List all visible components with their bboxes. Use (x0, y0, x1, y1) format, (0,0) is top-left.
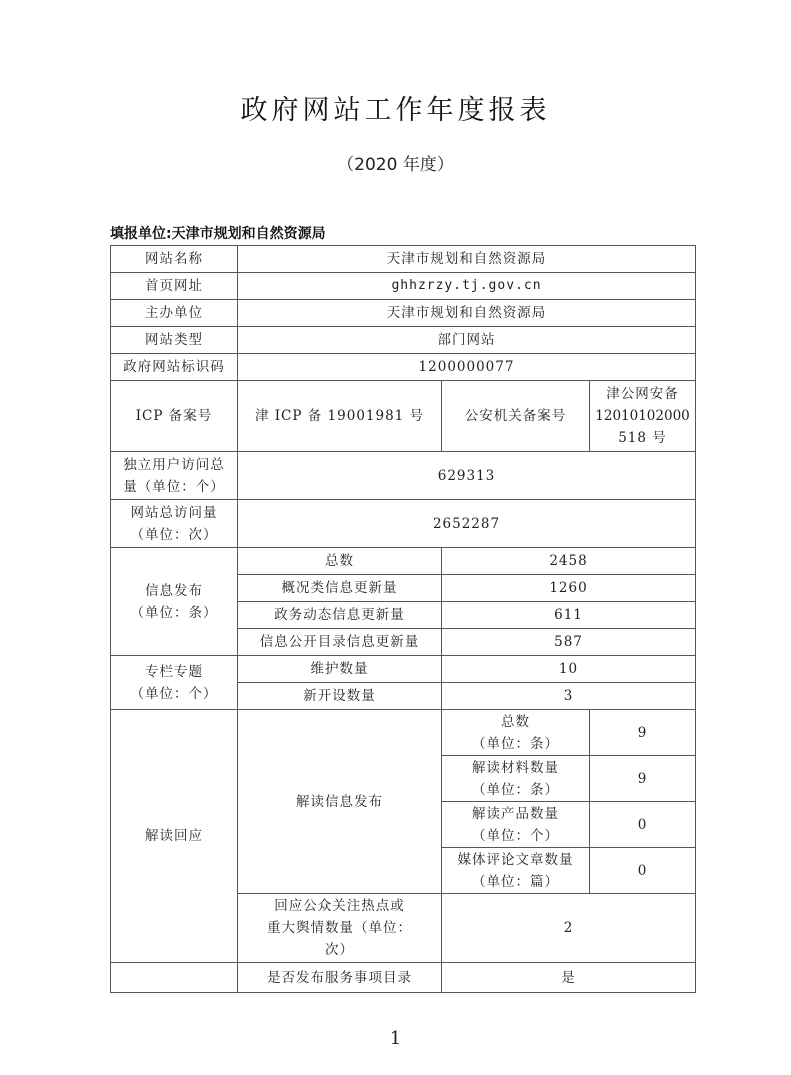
row-info-total: 信息发布 （单位：条） 总数 2458 (111, 548, 696, 575)
row-icp: ICP 备案号 津 ICP 备 19001981 号 公安机关备案号 津公网安备… (111, 381, 696, 452)
site-name-value: 天津市规划和自然资源局 (238, 246, 696, 273)
icp-value: 津 ICP 备 19001981 号 (238, 381, 442, 452)
label-line-2: （单位：个） (113, 683, 235, 705)
label-line-2: （单位：个） (444, 825, 587, 847)
interp-row-value: 0 (590, 802, 696, 848)
columns-row-label: 维护数量 (238, 656, 442, 683)
info-row-label: 总数 (238, 548, 442, 575)
label-line-2: 量（单位：个） (113, 476, 235, 498)
row-service-catalog: 是否发布服务事项目录 是 (111, 963, 696, 993)
site-code-label: 政府网站标识码 (111, 354, 238, 381)
police-line-1: 津公网安备 (592, 383, 693, 405)
unique-visitors-label: 独立用户访问总 量（单位：个） (111, 452, 238, 500)
label-line-1: 独立用户访问总 (113, 454, 235, 476)
info-row-label: 信息公开目录信息更新量 (238, 629, 442, 656)
sponsor-value: 天津市规划和自然资源局 (238, 300, 696, 327)
info-row-label: 概况类信息更新量 (238, 575, 442, 602)
label-line-2: （单位：条） (113, 602, 235, 624)
row-sponsor: 主办单位 天津市规划和自然资源局 (111, 300, 696, 327)
sponsor-label: 主办单位 (111, 300, 238, 327)
site-name-label: 网站名称 (111, 246, 238, 273)
report-table: 网站名称 天津市规划和自然资源局 首页网址 ghhzrzy.tj.gov.cn … (110, 245, 696, 993)
row-total-visits: 网站总访问量 （单位：次） 2652287 (111, 500, 696, 548)
label-line-2: （单位：篇） (444, 871, 587, 893)
site-code-value: 1200000077 (238, 354, 696, 381)
homepage-value: ghhzrzy.tj.gov.cn (238, 273, 696, 300)
service-section-label (111, 963, 238, 993)
response-value: 2 (442, 894, 696, 963)
label-line-2: 重大舆情数量（单位： (240, 917, 439, 939)
filler-unit: 填报单位:天津市规划和自然资源局 (110, 223, 326, 243)
label-line-1: 回应公众关注热点或 (240, 895, 439, 917)
label-line-1: 媒体评论文章数量 (444, 849, 587, 871)
police-line-2: 12010102000 (592, 405, 693, 427)
police-line-3: 518 号 (592, 427, 693, 449)
info-publish-label: 信息发布 （单位：条） (111, 548, 238, 656)
columns-label: 专栏专题 （单位：个） (111, 656, 238, 710)
info-row-label: 政务动态信息更新量 (238, 602, 442, 629)
interp-row-value: 9 (590, 756, 696, 802)
label-line-1: 专栏专题 (113, 661, 235, 683)
report-year: （2020 年度） (0, 150, 791, 175)
homepage-label: 首页网址 (111, 273, 238, 300)
row-homepage: 首页网址 ghhzrzy.tj.gov.cn (111, 273, 696, 300)
unique-visitors-value: 629313 (238, 452, 696, 500)
columns-row-value: 3 (442, 683, 696, 710)
interp-row-value: 9 (590, 710, 696, 756)
interpretation-label: 解读回应 (111, 710, 238, 963)
label-line-2: （单位：条） (444, 733, 587, 755)
interp-row-label: 解读材料数量 （单位：条） (442, 756, 590, 802)
row-site-name: 网站名称 天津市规划和自然资源局 (111, 246, 696, 273)
label-line-1: 解读材料数量 (444, 757, 587, 779)
site-type-value: 部门网站 (238, 327, 696, 354)
interp-row-label: 媒体评论文章数量 （单位：篇） (442, 848, 590, 894)
info-row-value: 2458 (442, 548, 696, 575)
row-site-type: 网站类型 部门网站 (111, 327, 696, 354)
row-site-code: 政府网站标识码 1200000077 (111, 354, 696, 381)
columns-row-label: 新开设数量 (238, 683, 442, 710)
response-label: 回应公众关注热点或 重大舆情数量（单位： 次） (238, 894, 442, 963)
report-title: 政府网站工作年度报表 (0, 88, 791, 127)
row-interp-total: 解读回应 解读信息发布 总数 （单位：条） 9 (111, 710, 696, 756)
police-record-label: 公安机关备案号 (442, 381, 590, 452)
interp-row-label: 总数 （单位：条） (442, 710, 590, 756)
label-line-3: 次） (240, 939, 439, 961)
info-row-value: 1260 (442, 575, 696, 602)
icp-label: ICP 备案号 (111, 381, 238, 452)
row-columns-maintained: 专栏专题 （单位：个） 维护数量 10 (111, 656, 696, 683)
service-catalog-label: 是否发布服务事项目录 (238, 963, 442, 993)
label-line-2: （单位：条） (444, 779, 587, 801)
label-line-2: （单位：次） (113, 524, 235, 546)
info-row-value: 587 (442, 629, 696, 656)
page-number: 1 (0, 1028, 791, 1049)
label-line-1: 信息发布 (113, 580, 235, 602)
total-visits-label: 网站总访问量 （单位：次） (111, 500, 238, 548)
label-line-1: 总数 (444, 711, 587, 733)
service-catalog-value: 是 (442, 963, 696, 993)
info-row-value: 611 (442, 602, 696, 629)
police-record-value: 津公网安备 12010102000 518 号 (590, 381, 696, 452)
label-line-1: 解读产品数量 (444, 803, 587, 825)
row-unique-visitors: 独立用户访问总 量（单位：个） 629313 (111, 452, 696, 500)
interp-row-label: 解读产品数量 （单位：个） (442, 802, 590, 848)
interp-row-value: 0 (590, 848, 696, 894)
interpretation-publish-label: 解读信息发布 (238, 710, 442, 894)
total-visits-value: 2652287 (238, 500, 696, 548)
label-line-1: 网站总访问量 (113, 502, 235, 524)
columns-row-value: 10 (442, 656, 696, 683)
site-type-label: 网站类型 (111, 327, 238, 354)
